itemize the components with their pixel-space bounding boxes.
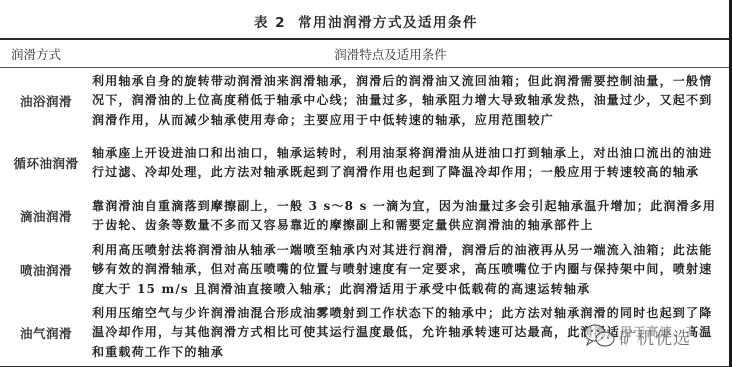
description-cell: 轴承座上开设进油口和出油口，轴承运转时，利用油泵将润滑油从进油口打到轴承上，对出… bbox=[92, 144, 729, 183]
method-cell: 喷油润滑 bbox=[0, 261, 92, 279]
table-row: 油气润滑 利用压缩空气与少许润滑油混合形成油雾喷射到工作状态下的轴承中；此方法对… bbox=[0, 300, 729, 366]
method-cell: 滴油润滑 bbox=[0, 207, 92, 225]
table-row: 油浴润滑 利用轴承自身的旋转带动润滑油来润滑轴承，润滑后的润滑油又流回油箱；但此… bbox=[0, 68, 729, 134]
table-row: 滴油润滑 靠润滑油自重滴落到摩擦副上，一般 3 s～8 s 一滴为宜，因为油量过… bbox=[0, 192, 729, 240]
method-cell: 油气润滑 bbox=[0, 324, 92, 342]
table-title: 常用油润滑方式及适用条件 bbox=[298, 15, 478, 31]
table-number: 表 2 bbox=[254, 15, 286, 31]
method-cell: 循环油润滑 bbox=[0, 154, 92, 172]
table-row: 循环油润滑 轴承座上开设进油口和出油口，轴承运转时，利用油泵将润滑油从进油口打到… bbox=[0, 134, 729, 192]
header-description: 润滑特点及适用条件 bbox=[92, 45, 729, 63]
description-cell: 靠润滑油自重滴落到摩擦副上，一般 3 s～8 s 一滴为宜，因为油量过多会引起轴… bbox=[92, 197, 729, 236]
table-caption: 表 2常用油润滑方式及适用条件 bbox=[0, 11, 732, 31]
header-method: 润滑方式 bbox=[0, 45, 92, 63]
method-cell: 油浴润滑 bbox=[0, 92, 92, 110]
description-cell: 利用高压喷射法将润滑油从轴承一端喷至轴承内对其进行润滑，润滑后的油液再从另一端流… bbox=[92, 241, 729, 300]
description-cell: 利用轴承自身的旋转带动润滑油来润滑轴承，润滑后的润滑油又流回油箱；但此润滑需要控… bbox=[92, 72, 729, 131]
table-header-row: 润滑方式 润滑特点及适用条件 bbox=[0, 40, 729, 68]
table-row: 喷油润滑 利用高压喷射法将润滑油从轴承一端喷至轴承内对其进行润滑，润滑后的油液再… bbox=[0, 240, 729, 300]
lubrication-methods-table: 润滑方式 润滑特点及适用条件 油浴润滑 利用轴承自身的旋转带动润滑油来润滑轴承，… bbox=[0, 38, 729, 367]
description-cell: 利用压缩空气与少许润滑油混合形成油雾喷射到工作状态下的轴承中；此方法对轴承润滑的… bbox=[92, 304, 729, 363]
